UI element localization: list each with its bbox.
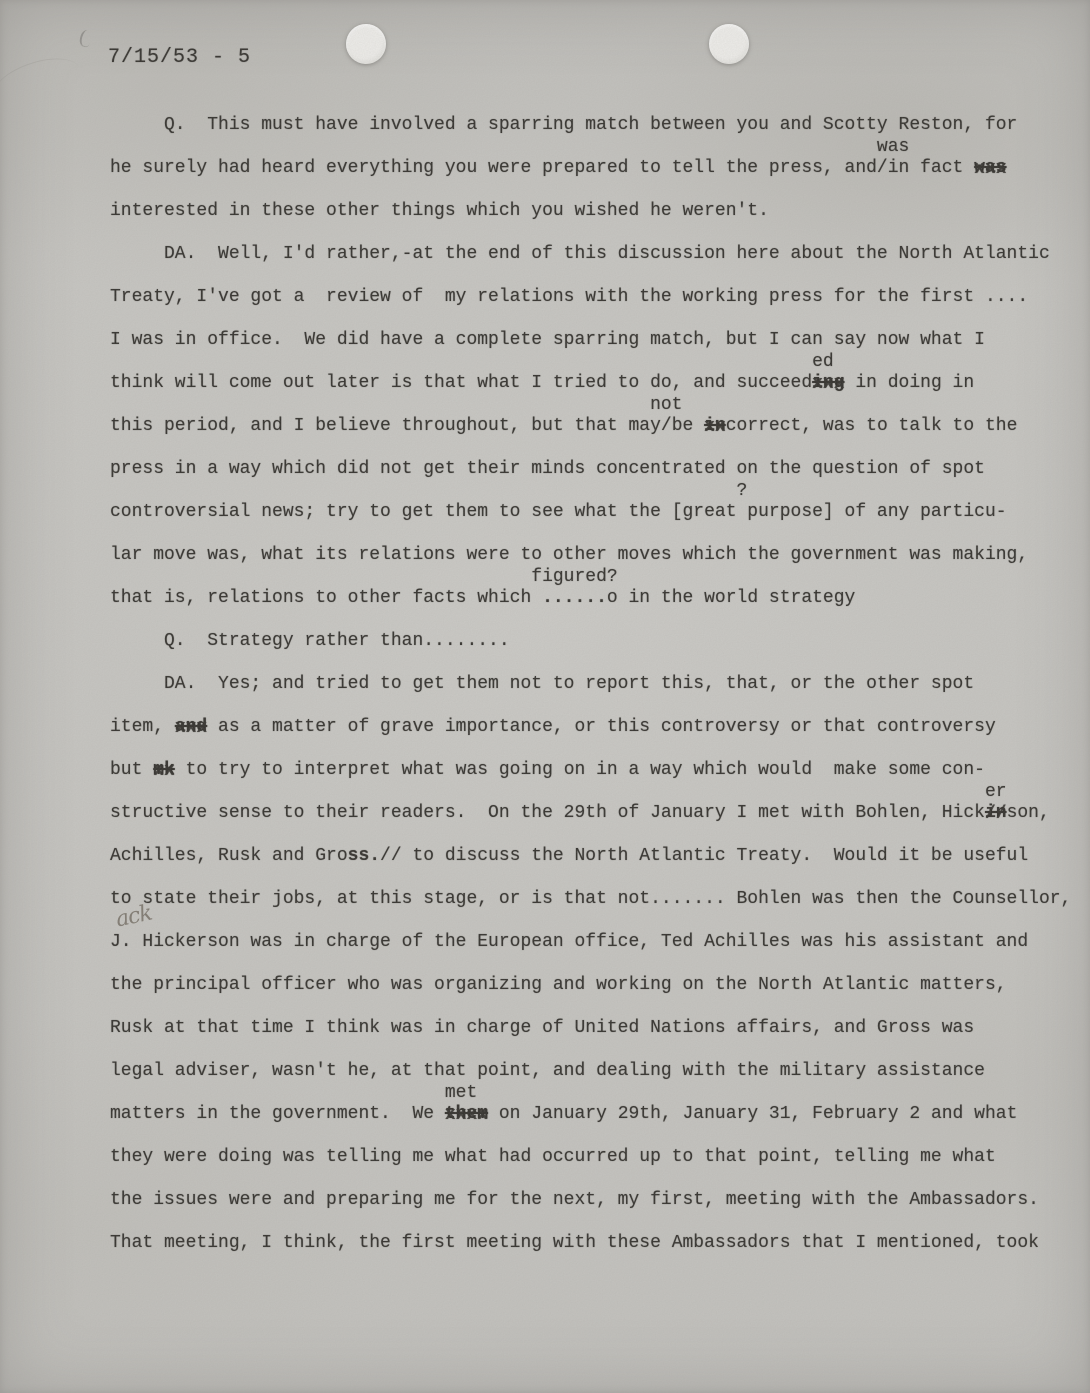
transcript-line: metmatters in the government. We them on…: [0, 1082, 1090, 1125]
transcript-line: item, and as a matter of grave importanc…: [0, 695, 1090, 738]
transcript-line: notthis period, and I believe throughout…: [0, 394, 1090, 437]
line-text: he surely had heard everything you were …: [110, 157, 1007, 179]
transcript-line: That meeting, I think, the first meeting…: [0, 1211, 1090, 1254]
line-text: they were doing was telling me what had …: [110, 1146, 996, 1168]
line-text: legal adviser, wasn't he, at that point,…: [110, 1060, 985, 1082]
transcript-line: ?controversial news; try to get them to …: [0, 480, 1090, 523]
transcript-line: edthink will come out later is that what…: [0, 351, 1090, 394]
transcript-line: they were doing was telling me what had …: [0, 1125, 1090, 1168]
transcript-lines: Q. This must have involved a sparring ma…: [0, 93, 1090, 1254]
transcript-line: but mk to try to interpret what was goin…: [0, 738, 1090, 781]
line-text: I was in office. We did have a complete …: [110, 329, 985, 351]
transcript-line: ackJ. Hickerson was in charge of the Eur…: [0, 910, 1090, 953]
transcript-line: DA. Yes; and tried to get them not to re…: [0, 652, 1090, 695]
transcript-line: figured?that is, relations to other fact…: [0, 566, 1090, 609]
line-text: Q. Strategy rather than........: [110, 630, 510, 652]
page-date-label: 7/15/53 - 5: [108, 46, 251, 69]
line-text: the issues were and preparing me for the…: [110, 1189, 1039, 1211]
transcript-line: the principal officer who was organizing…: [0, 953, 1090, 996]
hole-punch-right: [709, 24, 749, 64]
transcript-line: Rusk at that time I think was in charge …: [0, 996, 1090, 1039]
line-text: DA. Yes; and tried to get them not to re…: [110, 673, 974, 695]
transcript-line: DA. Well, I'd rather,-at the end of this…: [0, 222, 1090, 265]
line-text: item, and as a matter of grave importanc…: [110, 716, 996, 738]
line-text: Treaty, I've got a review of my relation…: [110, 286, 1028, 308]
line-text: that is, relations to other facts which …: [110, 587, 855, 609]
typed-interline-annotation: ed: [812, 352, 834, 372]
line-text: That meeting, I think, the first meeting…: [110, 1232, 1039, 1254]
transcript-line: to state their jobs, at this stage, or i…: [0, 867, 1090, 910]
typed-interline-annotation: was: [877, 137, 909, 157]
line-text: Achilles, Rusk and Gross.// to discuss t…: [110, 845, 1028, 867]
line-text: this period, and I believe throughout, b…: [110, 415, 1017, 437]
line-text: the principal officer who was organizing…: [110, 974, 1007, 996]
line-text: controversial news; try to get them to s…: [110, 501, 1007, 523]
typed-interline-annotation: met: [445, 1083, 477, 1103]
line-text: lar move was, what its relations were to…: [110, 544, 1028, 566]
line-text: interested in these other things which y…: [110, 200, 769, 222]
scanned-transcript-page: 7/15/53 - 5 Q. This must have involved a…: [0, 0, 1090, 1393]
typed-interline-annotation: ?: [737, 481, 748, 501]
transcript-line: interested in these other things which y…: [0, 179, 1090, 222]
transcript-line: legal adviser, wasn't he, at that point,…: [0, 1039, 1090, 1082]
pencil-corner-mark: [78, 29, 93, 48]
typed-interline-annotation: er: [985, 782, 1007, 802]
transcript-line: erstructive sense to their readers. On t…: [0, 781, 1090, 824]
line-text: but mk to try to interpret what was goin…: [110, 759, 985, 781]
typed-interline-annotation: figured?: [531, 567, 617, 587]
line-text: press in a way which did not get their m…: [110, 458, 985, 480]
handwritten-annotation: ack: [114, 903, 153, 930]
transcript-line: lar move was, what its relations were to…: [0, 523, 1090, 566]
line-text: to state their jobs, at this stage, or i…: [110, 888, 1071, 910]
line-text: matters in the government. We them on Ja…: [110, 1103, 1017, 1125]
transcript-line: washe surely had heard everything you we…: [0, 136, 1090, 179]
transcript-line: the issues were and preparing me for the…: [0, 1168, 1090, 1211]
transcript-line: Q. This must have involved a sparring ma…: [0, 93, 1090, 136]
transcript-line: press in a way which did not get their m…: [0, 437, 1090, 480]
transcript-line: Achilles, Rusk and Gross.// to discuss t…: [0, 824, 1090, 867]
line-text: Rusk at that time I think was in charge …: [110, 1017, 974, 1039]
transcript-line: Treaty, I've got a review of my relation…: [0, 265, 1090, 308]
line-text: structive sense to their readers. On the…: [110, 802, 1050, 824]
line-text: DA. Well, I'd rather,-at the end of this…: [110, 243, 1050, 265]
line-text: think will come out later is that what I…: [110, 372, 974, 394]
line-text: Q. This must have involved a sparring ma…: [110, 114, 1017, 136]
transcript-line: Q. Strategy rather than........: [0, 609, 1090, 652]
transcript-line: I was in office. We did have a complete …: [0, 308, 1090, 351]
line-text: J. Hickerson was in charge of the Europe…: [110, 931, 1028, 953]
typed-interline-annotation: not: [650, 395, 682, 415]
hole-punch-left: [346, 24, 386, 64]
